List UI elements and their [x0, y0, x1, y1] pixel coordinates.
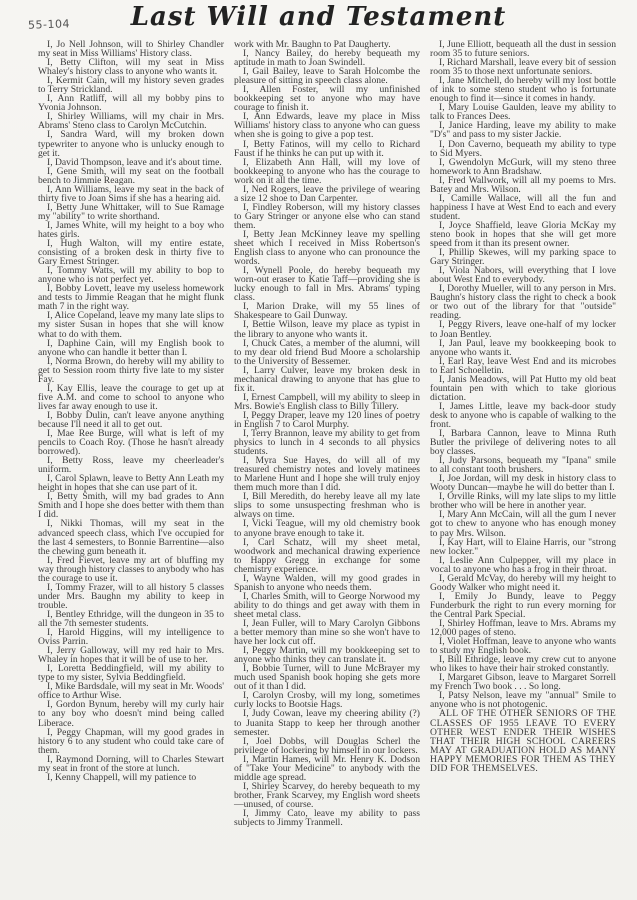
will-entry: I, Bill Meredith, do hereby leave all my… — [234, 492, 420, 519]
will-entry: I, Judy Parsons, bequeath my "Ipana" smi… — [430, 456, 616, 474]
will-entry: I, Bobby Dulin, can't leave anyone anyth… — [38, 411, 224, 429]
will-entry: I, June Elliott, bequeath all the dust i… — [430, 40, 616, 58]
will-entry: I, Charles Smith, will to George Norwood… — [234, 592, 420, 619]
will-entry: I, Hugh Walton, will my entire estate, c… — [38, 239, 224, 266]
will-entry: I, Jane Mitchell, do hereby will my lost… — [430, 76, 616, 103]
will-entry: I, Ned Rogers, leave the privilege of we… — [234, 185, 420, 203]
will-entry: I, Don Caverno, bequeath my ability to t… — [430, 140, 616, 158]
will-entry: I, Ernest Campbell, will my ability to s… — [234, 393, 420, 411]
will-entry: I, Mike Bardsdale, will my seat in Mr. W… — [38, 682, 224, 700]
will-entry: I, Margaret Gibson, leave to Margaret So… — [430, 673, 616, 691]
will-entry: I, Betty Smith, will my bad grades to An… — [38, 492, 224, 519]
column-1: I, Jo Nell Johnson, will to Shirley Chan… — [38, 40, 224, 890]
will-entry: I, Bill Ethridge, leave my crew cut to a… — [430, 655, 616, 673]
will-entry: I, Gail Bailey, leave to Sarah Holcombe … — [234, 67, 420, 85]
will-entry: I, Peggy Rivers, leave one-half of my lo… — [430, 320, 616, 338]
will-entry: I, Larry Culver, leave my broken desk in… — [234, 366, 420, 393]
will-entry: I, Peggy Draper, leave my 120 lines of p… — [234, 411, 420, 429]
will-entry: I, Jerry Galloway, will my red hair to M… — [38, 646, 224, 664]
will-entry: I, Myra Sue Hayes, do will all of my tre… — [234, 456, 420, 492]
will-entry: I, Marion Drake, will my 55 lines of Sha… — [234, 302, 420, 320]
will-entry: I, Dorothy Mueller, will to any person i… — [430, 284, 616, 320]
will-entry: I, Orville Rinks, will my late slips to … — [430, 492, 616, 510]
will-entry: I, Norma Brown, do hereby will my abilit… — [38, 357, 224, 384]
will-entry: I, Ann Ratliff, will all my bobby pins t… — [38, 94, 224, 112]
will-entry: I, Joe Jordan, will my desk in history c… — [430, 474, 616, 492]
will-entry: I, Patsy Nelson, leave my "annual" Smile… — [430, 691, 616, 709]
will-entry: I, Joel Dobbs, will Douglas Scherl the p… — [234, 737, 420, 755]
will-entry: I, Leslie Ann Culpepper, will my place i… — [430, 556, 616, 574]
will-entry: I, Mary Ann McCain, will all the gum I n… — [430, 510, 616, 537]
will-entry: I, Jo Nell Johnson, will to Shirley Chan… — [38, 40, 224, 58]
will-entry: I, Allen Foster, will my unfinished book… — [234, 85, 420, 112]
will-entry: I, Tommy Watts, will my ability to bop t… — [38, 266, 224, 284]
will-entry: I, Peggy Chapman, will my good grades in… — [38, 728, 224, 755]
will-entry: I, Nikki Thomas, will my seat in the adv… — [38, 519, 224, 555]
will-entry: I, Janice Harding, leave my ability to m… — [430, 121, 616, 139]
will-entry: I, Harold Higgins, will my intelligence … — [38, 628, 224, 646]
will-entry: I, Carol Splawn, leave to Betty Ann Leat… — [38, 474, 224, 492]
will-entry: I, Janis Meadows, will Pat Hutto my old … — [430, 375, 616, 402]
will-entry: I, James Little, leave my back-door stud… — [430, 402, 616, 429]
yearbook-page: 55-104 Last Will and Testament I, Jo Nel… — [0, 0, 637, 900]
will-entry: I, Carolyn Crosby, will my long, sometim… — [234, 691, 420, 709]
will-entry: I, Martin Hames, will Mr. Henry K. Dodso… — [234, 755, 420, 782]
will-entry: I, Mae Ree Burge, will what is left of m… — [38, 429, 224, 456]
will-entry: I, Betty Fatinos, will my cello to Richa… — [234, 140, 420, 158]
will-entry: I, Findley Roberson, will my history cla… — [234, 203, 420, 230]
will-entry: I, Judy Cowan, leave my cheering ability… — [234, 709, 420, 736]
will-entry: I, Vicki Teague, will my old chemistry b… — [234, 519, 420, 537]
will-entry: I, Viola Nabors, will everything that I … — [430, 266, 616, 284]
will-entry: I, Jan Paul, leave my bookkeeping book t… — [430, 339, 616, 357]
will-entry: I, Phillip Skewes, will my parking space… — [430, 248, 616, 266]
will-entry: I, Jean Fuller, will to Mary Carolyn Gib… — [234, 619, 420, 646]
will-entry: I, Barbara Cannon, leave to Minna Ruth B… — [430, 429, 616, 456]
will-entry: I, Kermit Cain, will my history seven gr… — [38, 76, 224, 94]
will-entry: I, Bettie Wilson, leave my place as typi… — [234, 320, 420, 338]
text-columns: I, Jo Nell Johnson, will to Shirley Chan… — [38, 40, 616, 890]
will-entry: I, Camille Wallace, will all the fun and… — [430, 194, 616, 221]
will-entry: I, Daphine Cain, will my English book to… — [38, 339, 224, 357]
will-entry: I, Shirley Williams, will my chair in Mr… — [38, 112, 224, 130]
will-entry: I, Mary Louise Gaulden, leave my ability… — [430, 103, 616, 121]
will-entry: I, Kay Hart, will to Elaine Harris, our … — [430, 538, 616, 556]
column-2: work with Mr. Baughn to Pat Daugherty. I… — [234, 40, 420, 890]
will-entry: I, Wynell Poole, do hereby bequeath my w… — [234, 266, 420, 302]
will-entry: I, Bobby Lovett, leave my useless homewo… — [38, 284, 224, 311]
will-entry: I, Ann Edwards, leave my place in Miss W… — [234, 112, 420, 139]
will-entry: I, Fred Wallwork, will all my poems to M… — [430, 176, 616, 194]
will-entry: I, Alice Copeland, leave my many late sl… — [38, 311, 224, 338]
will-entry: I, Tommy Frazer, will to all history 5 c… — [38, 583, 224, 610]
will-entry: I, Bentley Ethridge, will the dungeon in… — [38, 610, 224, 628]
will-entry: I, Betty Ross, leave my cheerleader's un… — [38, 456, 224, 474]
will-entry: I, Sandra Ward, will my broken down type… — [38, 130, 224, 157]
will-entry: I, Wayne Walden, will my good grades in … — [234, 574, 420, 592]
column-3: I, June Elliott, bequeath all the dust i… — [430, 40, 616, 890]
will-entry: I, Jimmy Cato, leave my ability to pass … — [234, 809, 420, 827]
will-entry: I, Gene Smith, will my seat on the footb… — [38, 167, 224, 185]
will-entry: I, Bobbie Turner, will to June McBrayer … — [234, 664, 420, 691]
will-entry: I, Nancy Bailey, do hereby bequeath my a… — [234, 49, 420, 67]
page-title: Last Will and Testament — [0, 2, 637, 32]
will-entry: I, Kenny Chappell, will my patience to — [38, 773, 224, 782]
will-entry: I, Elizabeth Ann Hall, will my love of b… — [234, 158, 420, 185]
will-entry: I, Loretta Beddingfield, will my ability… — [38, 664, 224, 682]
will-entry: I, Joyce Shaffield, leave Gloria McKay m… — [430, 221, 616, 248]
will-entry: I, Emily Jo Bundy, leave to Peggy Funder… — [430, 592, 616, 619]
will-entry: I, Gerald McVay, do hereby will my heigh… — [430, 574, 616, 592]
will-entry: I, Betty Clifton, will my seat in Miss W… — [38, 58, 224, 76]
will-entry: I, Fred Fievet, leave my art of bluffing… — [38, 556, 224, 583]
will-entry: I, Raymond Dorning, will to Charles Stew… — [38, 755, 224, 773]
will-entry: I, James White, will my height to a boy … — [38, 221, 224, 239]
will-entry: I, Terry Brannon, leave my ability to ge… — [234, 429, 420, 456]
will-entry: I, Earl Ray, leave West End and its micr… — [430, 357, 616, 375]
will-entry: I, Carl Schatz, will my sheet metal, woo… — [234, 538, 420, 574]
will-entry: I, Violet Hoffman, leave to anyone who w… — [430, 637, 616, 655]
will-entry: I, Shirley Hoffman, leave to Mrs. Abrams… — [430, 619, 616, 637]
will-entry: I, Betty Jean McKinney leave my spelling… — [234, 230, 420, 266]
will-entry: I, Kay Ellis, leave the courage to get u… — [38, 384, 224, 411]
will-entry: I, Peggy Martin, will my bookkeeping set… — [234, 646, 420, 664]
closing-statement: ALL OF THE OTHER SENIORS OF THE CLASSES … — [430, 709, 616, 772]
will-entry: I, Shirley Scarvey, do hereby bequeath t… — [234, 782, 420, 809]
will-entry: I, Betty June Whittaker, will to Sue Ram… — [38, 203, 224, 221]
will-entry: I, Chuck Cates, a member of the alumni, … — [234, 339, 420, 366]
will-entry: I, Ann Williams, leave my seat in the ba… — [38, 185, 224, 203]
will-entry: I, Gwendolyn McGurk, will my steno three… — [430, 158, 616, 176]
will-entry: I, Richard Marshall, leave every bit of … — [430, 58, 616, 76]
will-entry: I, Gordon Bynum, hereby will my curly ha… — [38, 700, 224, 727]
